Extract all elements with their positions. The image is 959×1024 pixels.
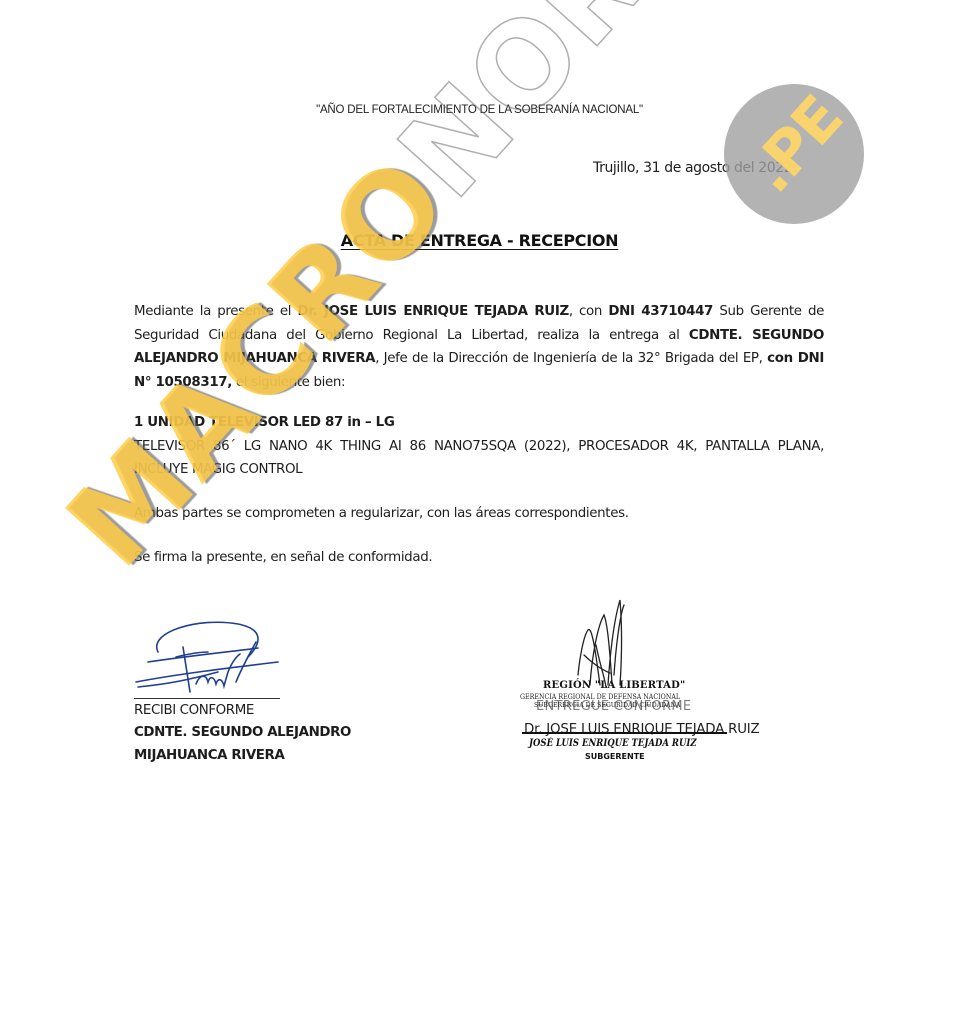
stamp-region: REGIÓN "LA LIBERTAD" (543, 680, 685, 691)
item-heading: 1 UNIDAD TELEVISOR LED 87 in – LG (134, 415, 394, 430)
signature-line (134, 698, 280, 699)
text-run: Mediante la presente el (134, 304, 297, 319)
text-run: , Jefe de la Dirección de Ingeniería de … (375, 351, 767, 366)
deliverer-dni: DNI 43710447 (608, 304, 713, 319)
stamp-strike-line (522, 732, 727, 734)
receiver-signature-icon (128, 612, 298, 702)
deliverer-typed-name: Dr. JOSE LUIS ENRIQUE TEJADA RUIZ (524, 722, 760, 737)
received-label: RECIBI CONFORME (134, 703, 254, 718)
deliverer-signature-block: ENTREGUE CONFORME REGIÓN "LA LIBERTAD" G… (510, 595, 830, 775)
paragraph-delivery-statement: Mediante la presente el Dr. JOSE LUIS EN… (134, 300, 824, 394)
stamp-name: JOSÉ LUIS ENRIQUE TEJADA RUIZ (529, 738, 697, 749)
item-description: TELEVISOR 86´ LG NANO 4K THING AI 86 NAN… (134, 435, 824, 482)
stamp-gerencia: GERENCIA REGIONAL DE DEFENSA NACIONAL (520, 693, 680, 701)
receiver-name-line2: MIJAHUANCA RIVERA (134, 748, 284, 763)
paragraph-commitment: Ambas partes se comprometen a regulariza… (134, 502, 824, 526)
text-run: , con (569, 304, 609, 319)
stamp-subgerencia: SUBGERENCIA DE SEGURIDAD CIUDADANA (534, 701, 680, 709)
receiver-name-line1: CDNTE. SEGUNDO ALEJANDRO (134, 725, 351, 740)
text-run: el siguiente bien: (232, 375, 345, 390)
deliverer-name: Dr. JOSE LUIS ENRIQUE TEJADA RUIZ (297, 304, 568, 319)
paragraph-signing: Se firma la presente, en señal de confor… (134, 546, 824, 570)
document-title: ACTA DE ENTREGA - RECEPCION (0, 231, 959, 250)
document-page: "AÑO DEL FORTALECIMIENTO DE LA SOBERANÍA… (0, 0, 959, 1024)
delivered-item: 1 UNIDAD TELEVISOR LED 87 in – LG TELEVI… (134, 411, 824, 482)
stamp-title: SUBGERENTE (585, 752, 645, 761)
